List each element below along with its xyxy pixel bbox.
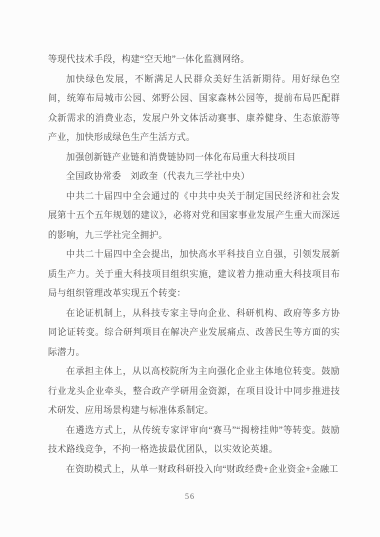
page-body: 等现代技术手段，构建“空天地”一体化监测网络。 加快绿色发展，不断满足人民群众美…	[48, 50, 340, 479]
author-line: 全国政协常委 刘政奎（代表九三学社中央）	[48, 167, 340, 187]
body-paragraph: 加快绿色发展，不断满足人民群众美好生活新期待。用好绿色空间，统筹布局城市公园、郊…	[48, 70, 340, 148]
body-paragraph-cutoff: 在资助模式上，从单一财政科研投入向“财政经费+企业资金+金融工	[48, 460, 340, 480]
document-page: 等现代技术手段，构建“空天地”一体化监测网络。 加快绿色发展，不断满足人民群众美…	[0, 0, 380, 537]
body-paragraph: 中共二十届四中全会提出，加快高水平科技自立自强，引领发展新质生产力。关于重大科技…	[48, 245, 340, 304]
section-title: 加强创新链产业链和消费链协同一体化布局重大科技项目	[48, 148, 340, 168]
page-number: 56	[0, 492, 380, 501]
body-paragraph-continuation: 等现代技术手段，构建“空天地”一体化监测网络。	[48, 50, 340, 70]
body-paragraph: 在承担主体上，从以高校院所为主向强化企业主体地位转变。鼓励行业龙头企业牵头，整合…	[48, 362, 340, 421]
body-paragraph: 中共二十届四中全会通过的《中共中央关于制定国民经济和社会发展第十五个五年规划的建…	[48, 187, 340, 246]
body-paragraph: 在遴选方式上，从传统专家评审向“赛马”“揭榜挂帅”等转变。鼓励技术路线竞争，不拘…	[48, 421, 340, 460]
body-paragraph: 在论证机制上，从科技专家主导向企业、科研机构、政府等多方协同论证转变。综合研判项…	[48, 304, 340, 363]
